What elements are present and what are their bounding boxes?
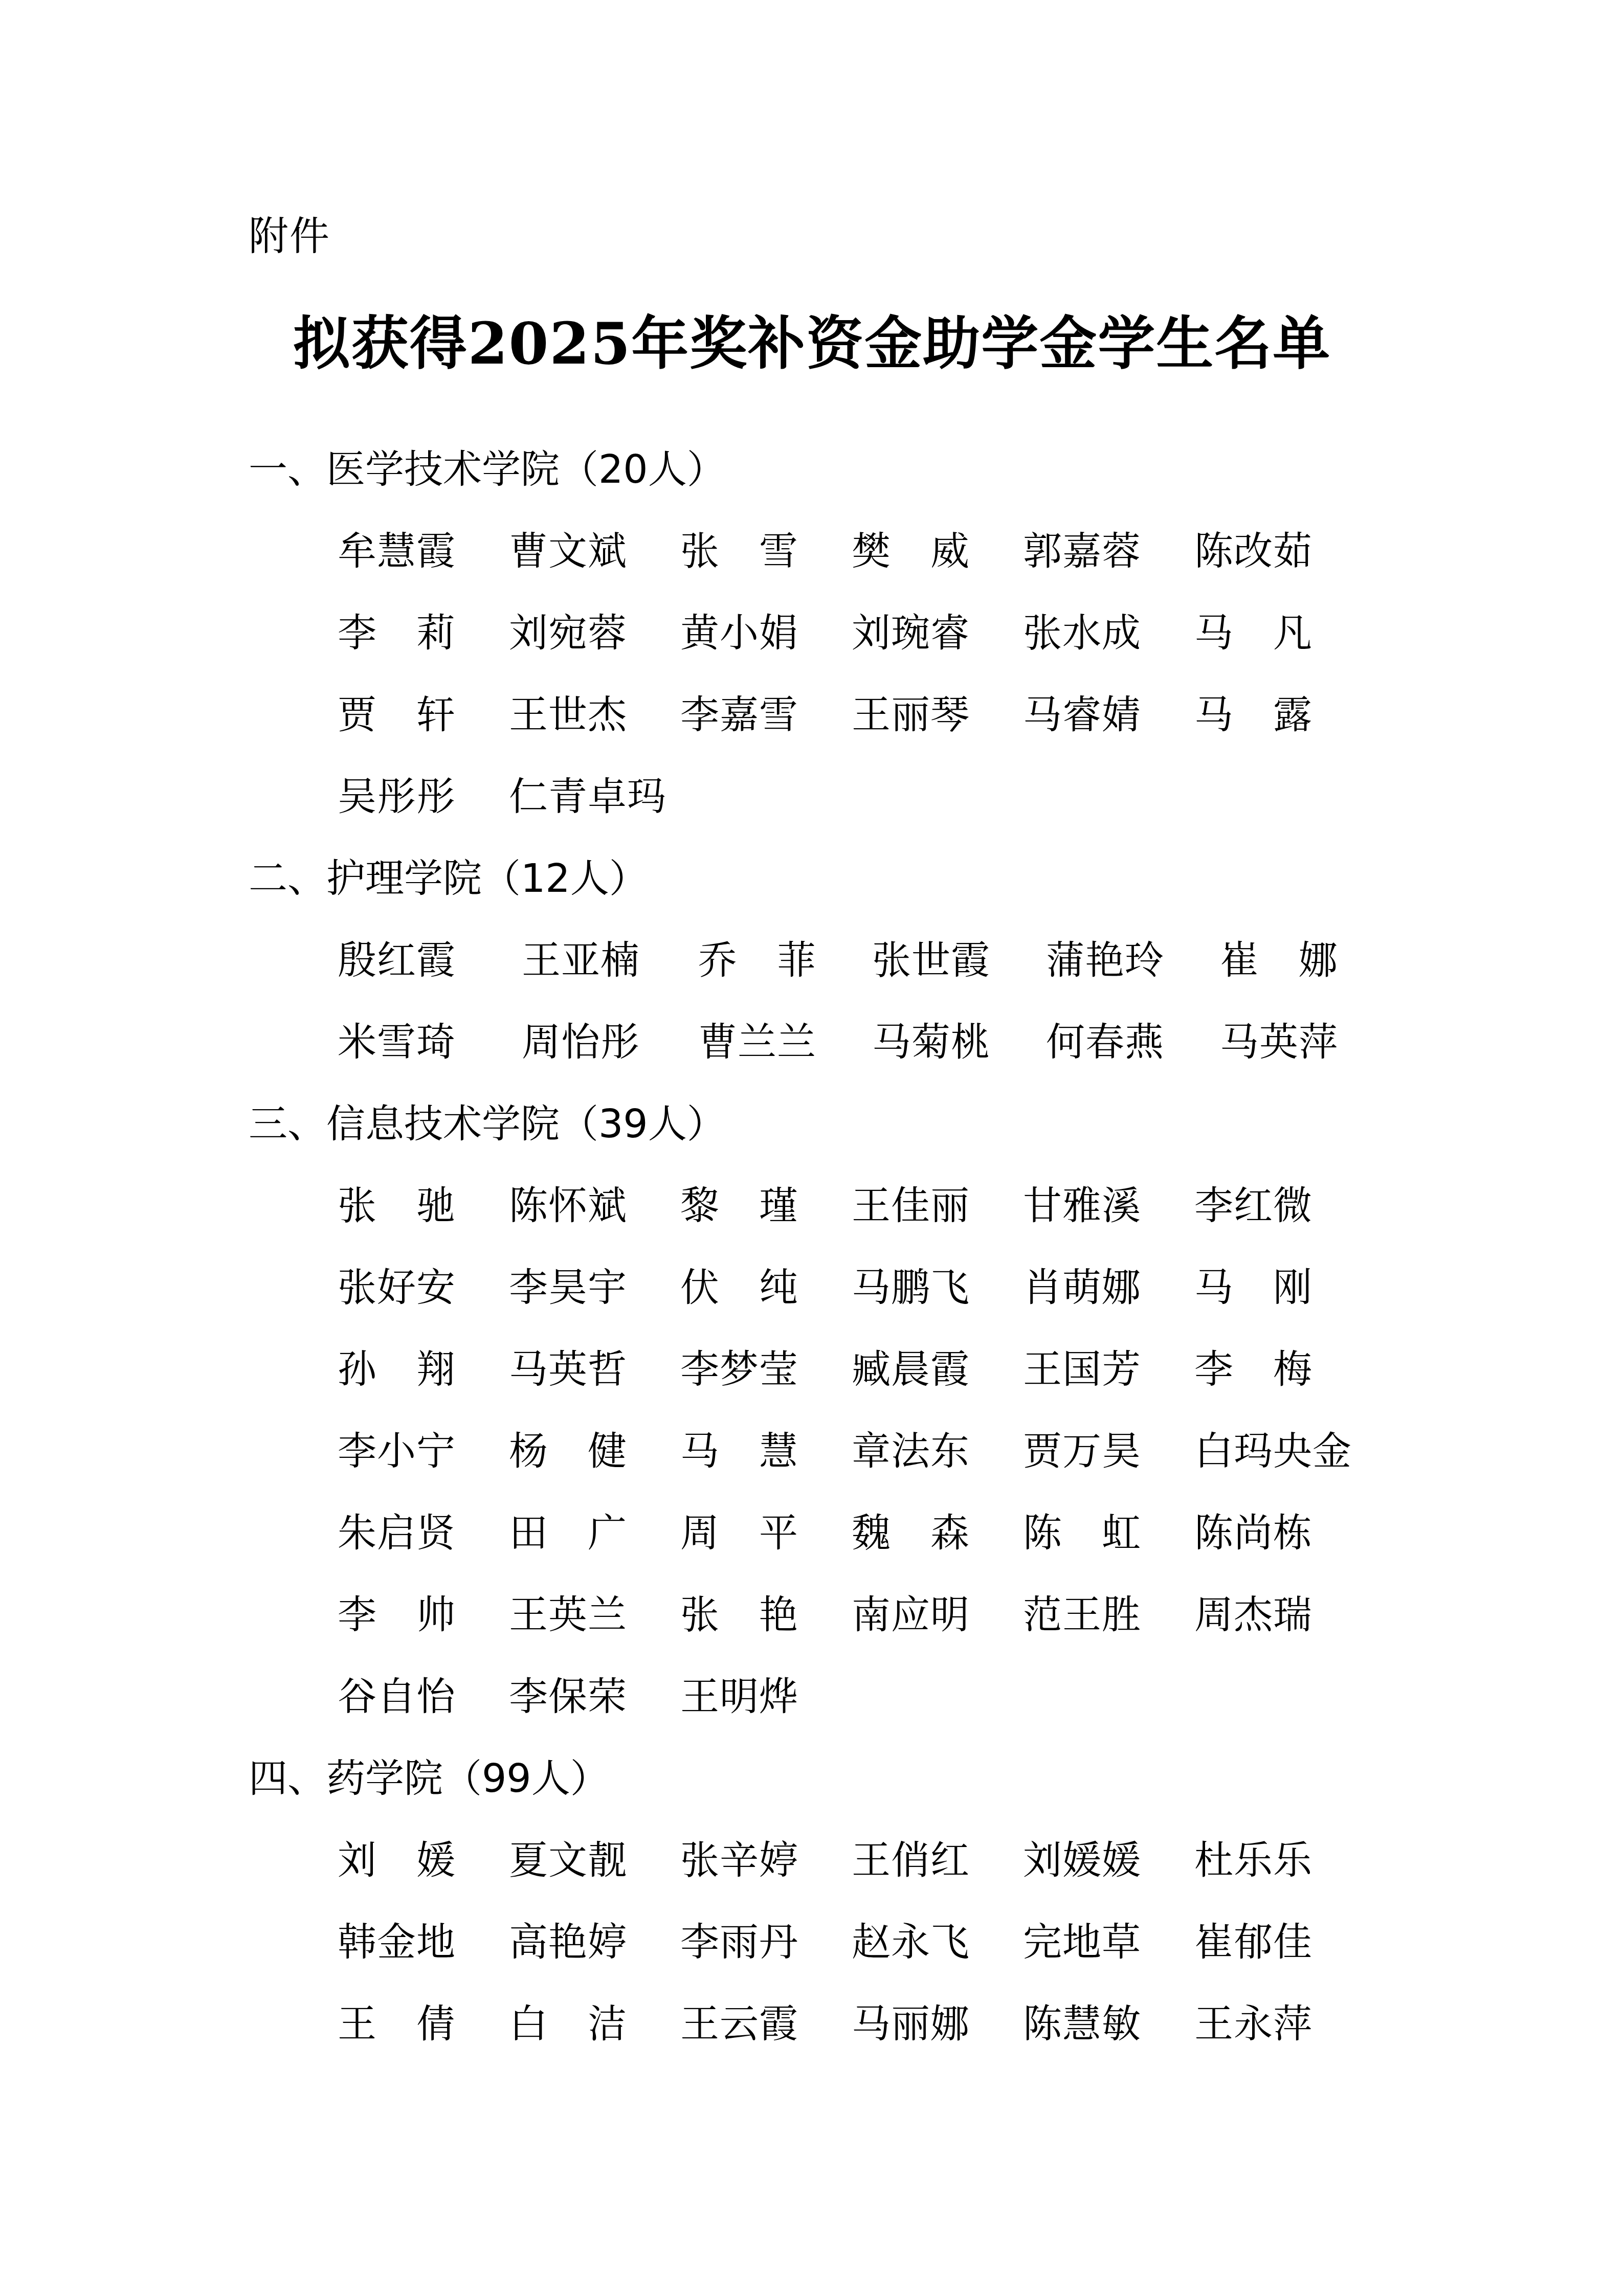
student-name: 李梦莹	[680, 1329, 852, 1410]
section-pharmacy: 四、药学院（99人） 刘 媛夏文靓张辛婷王俏红刘媛媛杜乐乐韩金地高艳婷李雨丹赵永…	[249, 1738, 1476, 2065]
student-name: 黎 瑾	[680, 1165, 852, 1247]
student-name: 米雪琦	[338, 1001, 522, 1083]
student-name: 章法东	[852, 1410, 1023, 1492]
document-page: 附件 拟获得2025年奖补资金助学金学生名单 一、医学技术学院（20人） 牟慧霞…	[0, 0, 1624, 2296]
student-name: 王世杰	[509, 674, 680, 756]
student-name: 张 驰	[338, 1165, 509, 1247]
student-name: 朱启贤	[338, 1492, 509, 1574]
student-name: 马 慧	[680, 1410, 852, 1492]
student-name: 夏文靓	[509, 1819, 680, 1901]
student-name: 白 洁	[509, 1983, 680, 2065]
student-name: 曹兰兰	[698, 1001, 872, 1083]
student-name: 魏 森	[852, 1492, 1023, 1574]
student-name: 王明烨	[680, 1656, 852, 1738]
student-name: 伏 纯	[680, 1247, 852, 1329]
student-name: 乔 菲	[698, 919, 872, 1001]
student-name: 何春燕	[1046, 1001, 1220, 1083]
student-name: 谷自怡	[338, 1656, 509, 1738]
student-name: 周杰瑞	[1194, 1574, 1366, 1656]
student-name: 贾万昊	[1023, 1410, 1194, 1492]
student-name: 马 刚	[1194, 1247, 1366, 1329]
student-name: 马 凡	[1194, 592, 1366, 674]
student-name: 张 雪	[680, 510, 852, 592]
student-name: 李昊宇	[509, 1247, 680, 1329]
student-name: 仁青卓玛	[509, 756, 680, 838]
student-name: 张 艳	[680, 1574, 852, 1656]
student-name: 刘媛媛	[1023, 1819, 1194, 1901]
name-list: 牟慧霞曹文斌张 雪樊 威郭嘉蓉陈改茹李 莉刘宛蓉黄小娟刘琬睿张水成马 凡贾 轩王…	[338, 510, 1476, 838]
student-name: 马鹏飞	[852, 1247, 1023, 1329]
student-name: 郭嘉蓉	[1023, 510, 1194, 592]
student-name: 刘琬睿	[852, 592, 1023, 674]
student-name: 陈怀斌	[509, 1165, 680, 1247]
student-name: 肖萌娜	[1023, 1247, 1194, 1329]
student-name: 范王胜	[1023, 1574, 1194, 1656]
student-name: 李小宁	[338, 1410, 509, 1492]
student-name: 孙 翔	[338, 1329, 509, 1410]
section-nursing: 二、护理学院（12人） 殷红霞王亚楠乔 菲张世霞蒲艳玲崔 娜米雪琦周怡彤曹兰兰马…	[249, 838, 1476, 1083]
student-name: 张水成	[1023, 592, 1194, 674]
student-name: 杜乐乐	[1194, 1819, 1366, 1901]
student-name: 陈慧敏	[1023, 1983, 1194, 2065]
student-name: 马英哲	[509, 1329, 680, 1410]
student-name: 王俏红	[852, 1819, 1023, 1901]
student-name: 樊 威	[852, 510, 1023, 592]
student-name: 李嘉雪	[680, 674, 852, 756]
student-name: 李红微	[1194, 1165, 1366, 1247]
student-name: 崔 娜	[1220, 919, 1394, 1001]
student-name: 李 帅	[338, 1574, 509, 1656]
student-name: 陈尚栋	[1194, 1492, 1366, 1574]
student-name: 王永萍	[1194, 1983, 1366, 2065]
student-name: 周 平	[680, 1492, 852, 1574]
student-name: 贾 轩	[338, 674, 509, 756]
student-name: 马丽娜	[852, 1983, 1023, 2065]
student-name: 韩金地	[338, 1901, 509, 1983]
section-medical-technology: 一、医学技术学院（20人） 牟慧霞曹文斌张 雪樊 威郭嘉蓉陈改茹李 莉刘宛蓉黄小…	[249, 429, 1476, 838]
student-name: 王国芳	[1023, 1329, 1194, 1410]
name-list: 张 驰陈怀斌黎 瑾王佳丽甘雅溪李红微张好安李昊宇伏 纯马鹏飞肖萌娜马 刚孙 翔马…	[338, 1165, 1476, 1738]
student-name: 张好安	[338, 1247, 509, 1329]
section-heading: 四、药学院（99人）	[249, 1738, 1476, 1819]
student-name: 陈改茹	[1194, 510, 1366, 592]
section-heading: 一、医学技术学院（20人）	[249, 429, 1476, 510]
student-name: 李雨丹	[680, 1901, 852, 1983]
student-name: 王云霞	[680, 1983, 852, 2065]
student-name: 曹文斌	[509, 510, 680, 592]
student-name: 田 广	[509, 1492, 680, 1574]
section-heading: 二、护理学院（12人）	[249, 838, 1476, 919]
student-name: 马睿婧	[1023, 674, 1194, 756]
student-name: 完地草	[1023, 1901, 1194, 1983]
name-list: 刘 媛夏文靓张辛婷王俏红刘媛媛杜乐乐韩金地高艳婷李雨丹赵永飞完地草崔郁佳王 倩白…	[338, 1819, 1476, 2065]
student-name: 殷红霞	[338, 919, 522, 1001]
student-name: 高艳婷	[509, 1901, 680, 1983]
student-name: 蒲艳玲	[1046, 919, 1220, 1001]
student-name: 王英兰	[509, 1574, 680, 1656]
section-heading: 三、信息技术学院（39人）	[249, 1083, 1476, 1165]
attachment-label: 附件	[249, 209, 330, 265]
student-name: 马英萍	[1220, 1001, 1394, 1083]
student-name: 牟慧霞	[338, 510, 509, 592]
student-name: 刘 媛	[338, 1819, 509, 1901]
sections-container: 一、医学技术学院（20人） 牟慧霞曹文斌张 雪樊 威郭嘉蓉陈改茹李 莉刘宛蓉黄小…	[249, 429, 1476, 2065]
student-name: 崔郁佳	[1194, 1901, 1366, 1983]
student-name: 李保荣	[509, 1656, 680, 1738]
student-name: 张世霞	[872, 919, 1046, 1001]
student-name: 李 莉	[338, 592, 509, 674]
section-information-technology: 三、信息技术学院（39人） 张 驰陈怀斌黎 瑾王佳丽甘雅溪李红微张好安李昊宇伏 …	[249, 1083, 1476, 1738]
student-name: 白玛央金	[1194, 1410, 1366, 1492]
student-name: 王 倩	[338, 1983, 509, 2065]
student-name: 刘宛蓉	[509, 592, 680, 674]
document-title: 拟获得2025年奖补资金助学金学生名单	[0, 306, 1624, 382]
student-name: 马 露	[1194, 674, 1366, 756]
student-name: 南应明	[852, 1574, 1023, 1656]
student-name: 周怡彤	[522, 1001, 698, 1083]
student-name: 臧晨霞	[852, 1329, 1023, 1410]
student-name: 王亚楠	[522, 919, 698, 1001]
student-name: 王丽琴	[852, 674, 1023, 756]
name-list: 殷红霞王亚楠乔 菲张世霞蒲艳玲崔 娜米雪琦周怡彤曹兰兰马菊桃何春燕马英萍	[338, 919, 1476, 1083]
student-name: 吴彤彤	[338, 756, 509, 838]
student-name: 赵永飞	[852, 1901, 1023, 1983]
student-name: 甘雅溪	[1023, 1165, 1194, 1247]
student-name: 杨 健	[509, 1410, 680, 1492]
student-name: 陈 虹	[1023, 1492, 1194, 1574]
student-name: 马菊桃	[872, 1001, 1046, 1083]
student-name: 张辛婷	[680, 1819, 852, 1901]
student-name: 黄小娟	[680, 592, 852, 674]
student-name: 李 梅	[1194, 1329, 1366, 1410]
student-name: 王佳丽	[852, 1165, 1023, 1247]
